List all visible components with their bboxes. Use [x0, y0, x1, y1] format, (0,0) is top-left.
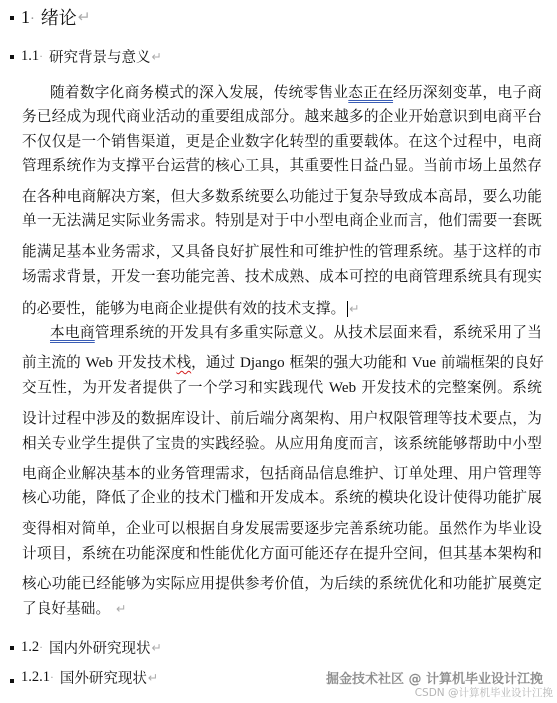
text-run: 交互性，为开发者提供了一个学习和实践现代 [22, 379, 329, 396]
paragraph-1-line[interactable]: 场需求背景，开发一套功能完善、技术成熟、成本可控的电商管理系统具有现实 [22, 268, 542, 286]
text-run: 开发技术 [113, 354, 177, 371]
grammar-flagged-text[interactable]: 本电商 [50, 324, 95, 341]
paragraph-1-line[interactable]: 的必要性，能够为电商企业提供有效的技术支撑。↵ [22, 300, 542, 318]
grammar-flagged-text[interactable]: 态正在 [348, 84, 393, 101]
paragraph-mark-icon: ↵ [116, 601, 127, 616]
paragraph-2-line[interactable]: 核心功能已经能够为实际应用提供参考价值，为后续的系统优化和功能扩展奠定 [22, 575, 542, 593]
paragraph-mark-icon: ↵ [152, 641, 162, 655]
paragraph-1-line[interactable]: 务已经成为现代商业活动的重要组成部分。越来越多的企业开始意识到电商平台 [22, 108, 542, 126]
text-run: 经历深刻变革，电子商 [393, 84, 542, 101]
heading-number: 1.2.1· [21, 669, 54, 686]
text-run: 管理系统的开发具有多重实际意义。从技术层面来看，系统采用了当 [95, 324, 542, 341]
heading-title: 国内外研究现状 [49, 637, 151, 658]
heading-bullet-marker [10, 679, 14, 683]
paragraph-2-line[interactable]: 计项目，系统在功能深度和性能优化方面可能还存在提升空间，但其基本架构和 [22, 545, 542, 563]
paragraph-mark-icon: ↵ [349, 301, 360, 316]
paragraph-2-line[interactable]: 本电商管理系统的开发具有多重实际意义。从技术层面来看，系统采用了当 [50, 324, 542, 342]
heading-bullet-marker [10, 55, 14, 59]
paragraph-2-line[interactable]: 设计过程中涉及的数据库设计、前后端分离架构、用户权限管理等技术要点，为 [22, 410, 542, 428]
spelling-flagged-text[interactable]: 栈 [176, 354, 191, 371]
paragraph-2-line[interactable]: 了良好基础。↵ [22, 600, 542, 618]
document-page[interactable]: 1· 绪论 ↵ 1.1· 研究背景与意义 ↵ 随着数字化商务模式的深入发展，传统… [0, 0, 557, 703]
paragraph-1-line[interactable]: 单一无法满足实际业务需求。特别是对于中小型电商企业而言，他们需要一套既 [22, 212, 542, 230]
heading-1-2-1[interactable]: 1.2.1· 国外研究现状 ↵ [10, 667, 158, 688]
heading-1-1[interactable]: 1.1· 研究背景与意义 ↵ [10, 46, 162, 67]
heading-title: 绪论 [41, 4, 77, 30]
paragraph-2-line[interactable]: 交互性，为开发者提供了一个学习和实践现代 Web 开发技术的完整案例。系统 [22, 379, 542, 397]
text-run-latin: Web [329, 380, 356, 396]
paragraph-1-line[interactable]: 随着数字化商务模式的深入发展，传统零售业态正在经历深刻变革，电子商 [50, 84, 542, 102]
watermark-csdn: CSDN @计算机毕业设计江挽 [415, 685, 553, 700]
text-run: 了良好基础。 [22, 600, 110, 617]
heading-number: 1· [21, 7, 35, 28]
text-run: 的必要性，能够为电商企业提供有效的技术支撑。 [22, 300, 345, 317]
paragraph-2-line[interactable]: 前主流的 Web 开发技术栈，通过 Django 框架的强大功能和 Vue 前端… [22, 354, 542, 372]
paragraph-mark-icon: ↵ [78, 8, 91, 26]
text-run: 框架的强大功能和 [285, 354, 412, 371]
heading-number: 1.2· [21, 639, 43, 656]
paragraph-2-line[interactable]: 变得相对简单，企业可以根据自身发展需要逐步完善系统功能。虽然作为毕业设 [22, 520, 542, 538]
text-run-latin: Django [240, 355, 285, 371]
heading-1[interactable]: 1· 绪论 ↵ [10, 4, 91, 30]
paragraph-1-line[interactable]: 不仅仅是一个销售渠道，更是企业数字化转型的重要载体。在这个过程中，电商 [22, 133, 542, 151]
text-run: 开发技术的完整案例。系统 [356, 379, 542, 396]
heading-title: 研究背景与意义 [49, 46, 151, 67]
paragraph-mark-icon: ↵ [148, 671, 158, 685]
paragraph-mark-icon: ↵ [152, 50, 162, 64]
text-run: ，通过 [191, 354, 240, 371]
paragraph-1-line[interactable]: 管理系统作为支撑平台运营的核心工具，其重要性日益凸显。当前市场上虽然存 [22, 157, 542, 175]
text-run-latin: Vue [412, 355, 436, 371]
heading-bullet-marker [10, 16, 14, 20]
heading-1-2[interactable]: 1.2· 国内外研究现状 ↵ [10, 637, 162, 658]
text-run: 随着数字化商务模式的深入发展，传统零售业 [50, 84, 348, 101]
heading-title: 国外研究现状 [60, 667, 147, 688]
heading-bullet-marker [10, 646, 14, 650]
text-run-latin: Web [86, 355, 113, 371]
heading-number: 1.1· [21, 48, 43, 65]
paragraph-2-line[interactable]: 相关专业学生提供了宝贵的实践经验。从应用角度而言，该系统能够帮助中小型 [22, 435, 542, 453]
paragraph-1-line[interactable]: 在各种电商解决方案，但大多数系统要么功能过于复杂导致成本高昂，要么功能 [22, 188, 542, 206]
text-run: 前主流的 [22, 354, 86, 371]
paragraph-1-line[interactable]: 能满足基本业务需求，又具备良好扩展性和可维护性的管理系统。基于这样的市 [22, 243, 542, 261]
text-run: 前端框架的良好 [436, 354, 544, 371]
paragraph-2-line[interactable]: 电商企业解决基本的业务管理需求，包括商品信息维护、订单处理、用户管理等 [22, 465, 542, 483]
paragraph-2-line[interactable]: 核心功能，降低了企业的技术门槛和开发成本。系统的模块化设计使得功能扩展 [22, 489, 542, 507]
